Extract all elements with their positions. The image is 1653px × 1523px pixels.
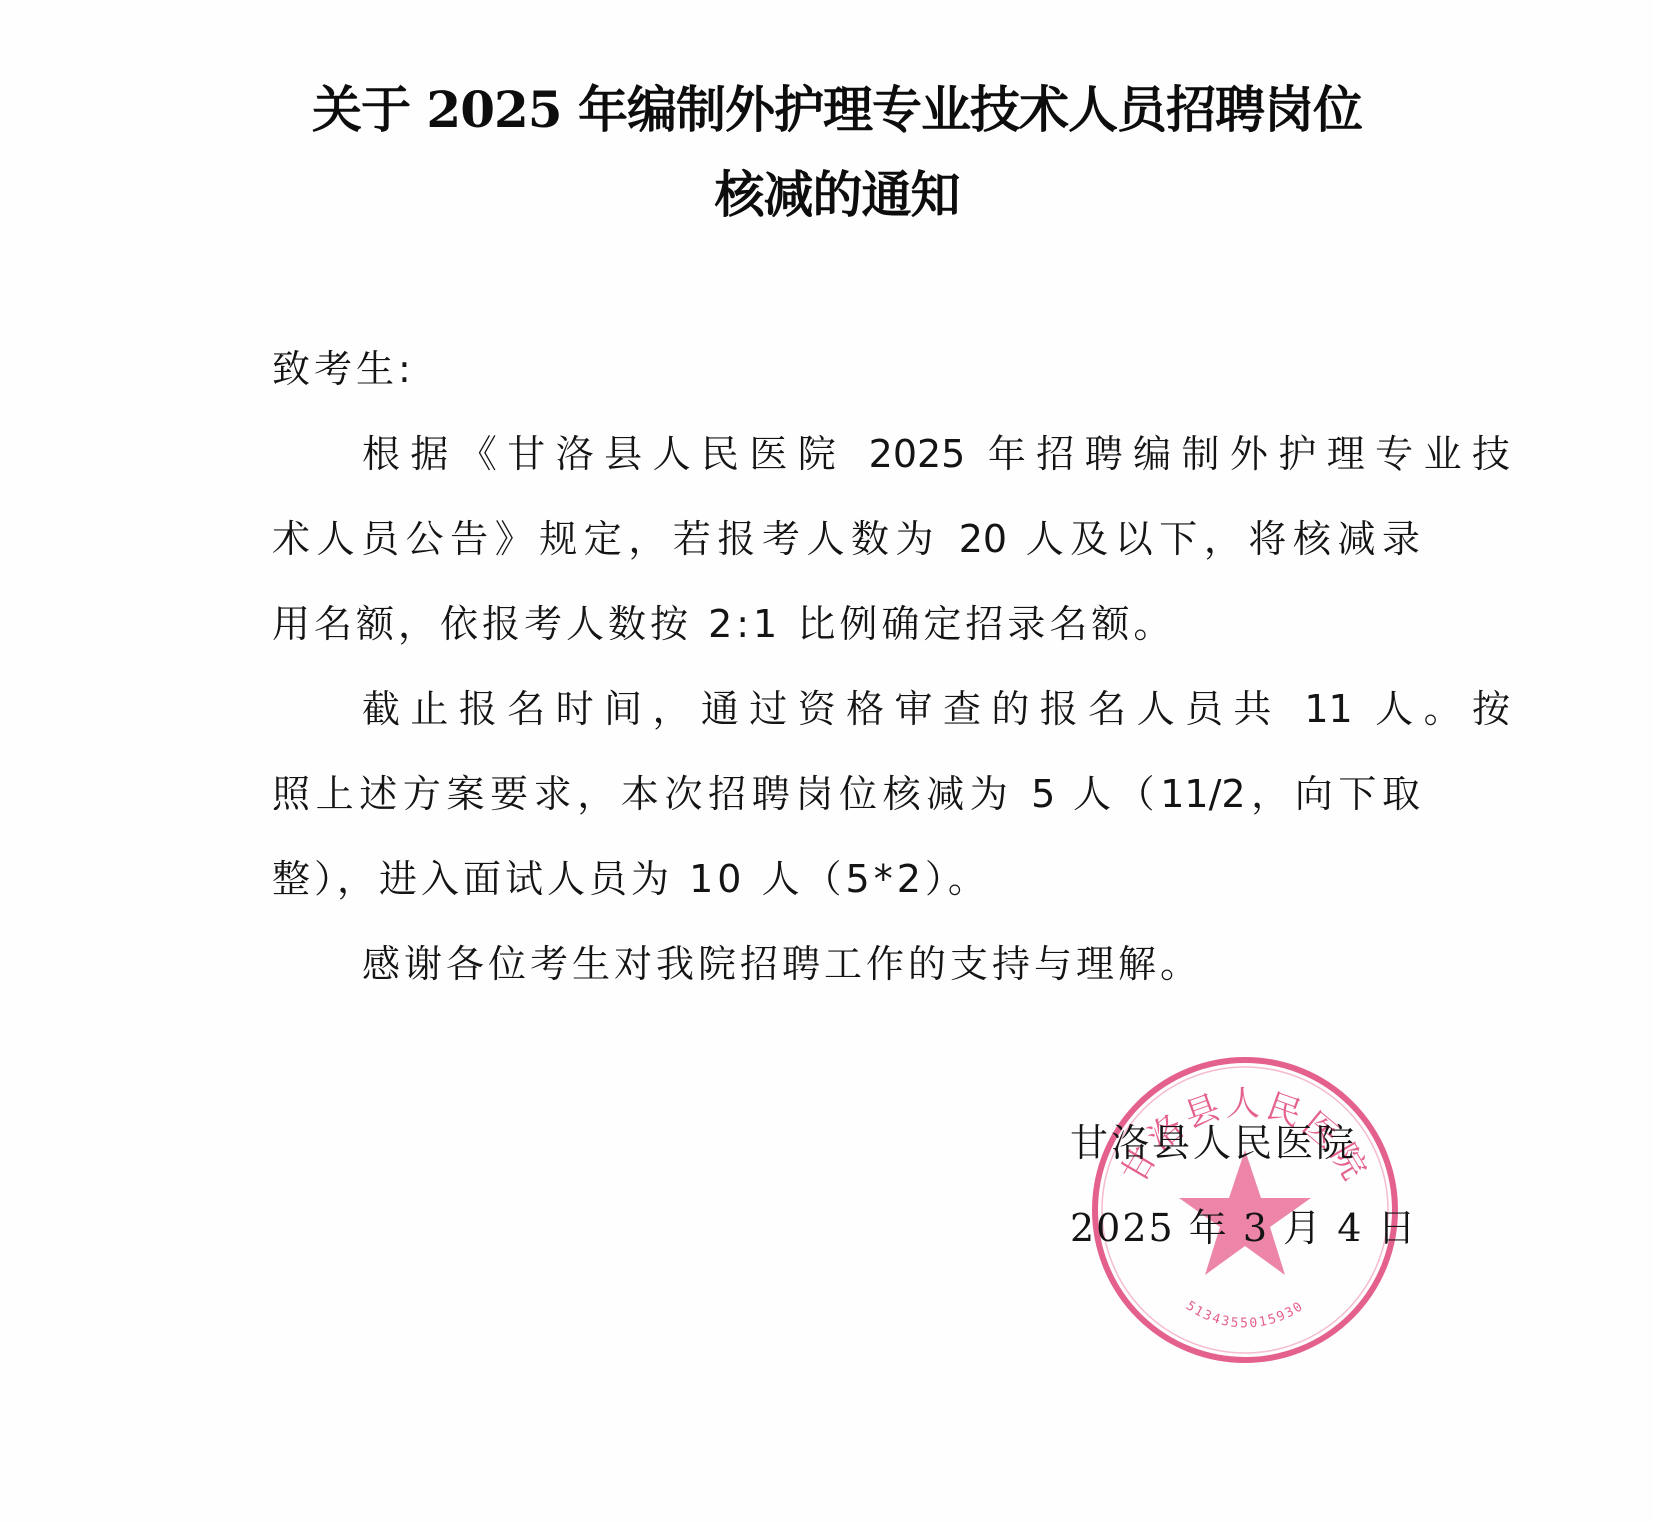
paragraph-3-line-1: 感谢各位考生对我院招聘工作的支持与理解。 [362, 933, 1202, 988]
salutation: 致考生: [272, 338, 415, 393]
paragraph-2-line-3: 整），进入面试人员为 10 人（5*2）。 [272, 848, 990, 903]
paragraph-1-line-2: 术人员公告》规定，若报考人数为 20 人及以下，将核减录 [272, 508, 1420, 563]
signature-date: 2025 年 3 月 4 日 [1070, 1197, 1417, 1252]
document-title-line-1: 关于 2025 年编制外护理专业技术人员招聘岗位 [262, 70, 1412, 142]
document-title-line-2: 核减的通知 [262, 155, 1412, 227]
paragraph-1-line-3: 用名额，依报考人数按 2:1 比例确定招录名额。 [272, 593, 1175, 648]
signature-organization: 甘洛县人民医院 [1070, 1112, 1357, 1167]
svg-text:5134355015930: 5134355015930 [1183, 1299, 1307, 1332]
document-page: 关于 2025 年编制外护理专业技术人员招聘岗位 核减的通知 致考生: 根据《甘… [0, 0, 1653, 1523]
paragraph-2-line-2: 照上述方案要求，本次招聘岗位核减为 5 人（11/2，向下取 [272, 763, 1420, 818]
paragraph-2-line-1: 截止报名时间，通过资格审查的报名人员共 11 人。按 [362, 678, 1510, 733]
paragraph-1-line-1: 根据《甘洛县人民医院 2025 年招聘编制外护理专业技 [362, 423, 1510, 478]
